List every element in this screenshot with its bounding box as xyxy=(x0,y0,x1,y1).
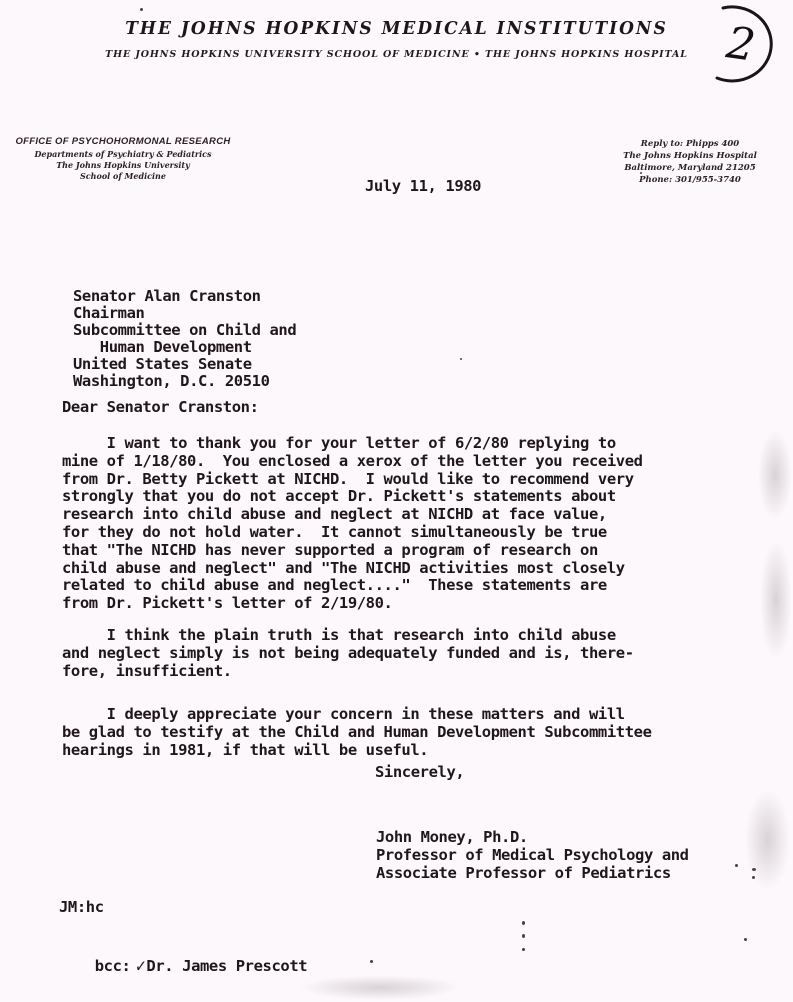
scan-speck xyxy=(744,938,747,941)
bcc-line: bcc:✓Dr. James Prescott xyxy=(59,940,307,993)
scan-smudge xyxy=(760,540,792,660)
scan-speck xyxy=(522,934,525,938)
letterhead-subtitle: THE JOHNS HOPKINS UNIVERSITY SCHOOL OF M… xyxy=(0,49,793,60)
reply-letterhead: Reply to: Phipps 400 The Johns Hopkins H… xyxy=(592,138,788,186)
reply-to-line: Reply to: Phipps 400 xyxy=(592,138,788,150)
office-departments: Departments of Psychiatry & Pediatrics xyxy=(14,149,232,160)
office-school: School of Medicine xyxy=(14,171,232,182)
page-number-text: 2 xyxy=(723,17,759,72)
recipient-address: Senator Alan Cranston Chairman Subcommit… xyxy=(73,288,296,391)
salutation: Dear Senator Cranston: xyxy=(62,399,259,417)
bcc-label: bcc: xyxy=(95,957,131,975)
scan-smudge xyxy=(745,790,790,890)
letterhead-title: THE JOHNS HOPKINS MEDICAL INSTITUTIONS xyxy=(0,19,793,40)
office-university: The Johns Hopkins University xyxy=(14,160,232,171)
body-paragraph-1: I want to thank you for your letter of 6… xyxy=(62,435,643,613)
page-number-annotation: 2 xyxy=(693,2,789,86)
scan-speck xyxy=(140,8,143,11)
scan-speck xyxy=(640,172,642,174)
reply-city-line: Baltimore, Maryland 21205 xyxy=(592,162,788,174)
office-letterhead: OFFICE OF PSYCHOHORMONAL RESEARCH Depart… xyxy=(14,136,232,182)
scan-speck xyxy=(522,921,525,925)
reply-phone-line: Phone: 301/955-3740 xyxy=(592,174,788,186)
circle-mark-icon: 2 xyxy=(693,2,789,86)
signature-block: John Money, Ph.D. Professor of Medical P… xyxy=(376,829,689,882)
scan-speck xyxy=(735,864,738,867)
typist-initials: JM:hc xyxy=(59,899,104,917)
date-line: July 11, 1980 xyxy=(365,178,481,196)
valediction: Sincerely, xyxy=(375,764,464,782)
reply-hospital-line: The Johns Hopkins Hospital xyxy=(592,150,788,162)
body-paragraph-3: I deeply appreciate your concern in thes… xyxy=(62,706,652,759)
scan-speck xyxy=(460,358,462,360)
scan-speck xyxy=(522,948,525,951)
scan-smudge xyxy=(758,430,792,520)
scan-speck xyxy=(370,960,373,963)
scan-smudge xyxy=(300,975,460,1000)
checkmark-icon: ✓ xyxy=(136,955,146,978)
office-name: OFFICE OF PSYCHOHORMONAL RESEARCH xyxy=(14,136,232,147)
bcc-name: Dr. James Prescott xyxy=(146,957,307,975)
letter-page: THE JOHNS HOPKINS MEDICAL INSTITUTIONS T… xyxy=(0,0,793,1002)
body-paragraph-2: I think the plain truth is that research… xyxy=(62,627,634,680)
